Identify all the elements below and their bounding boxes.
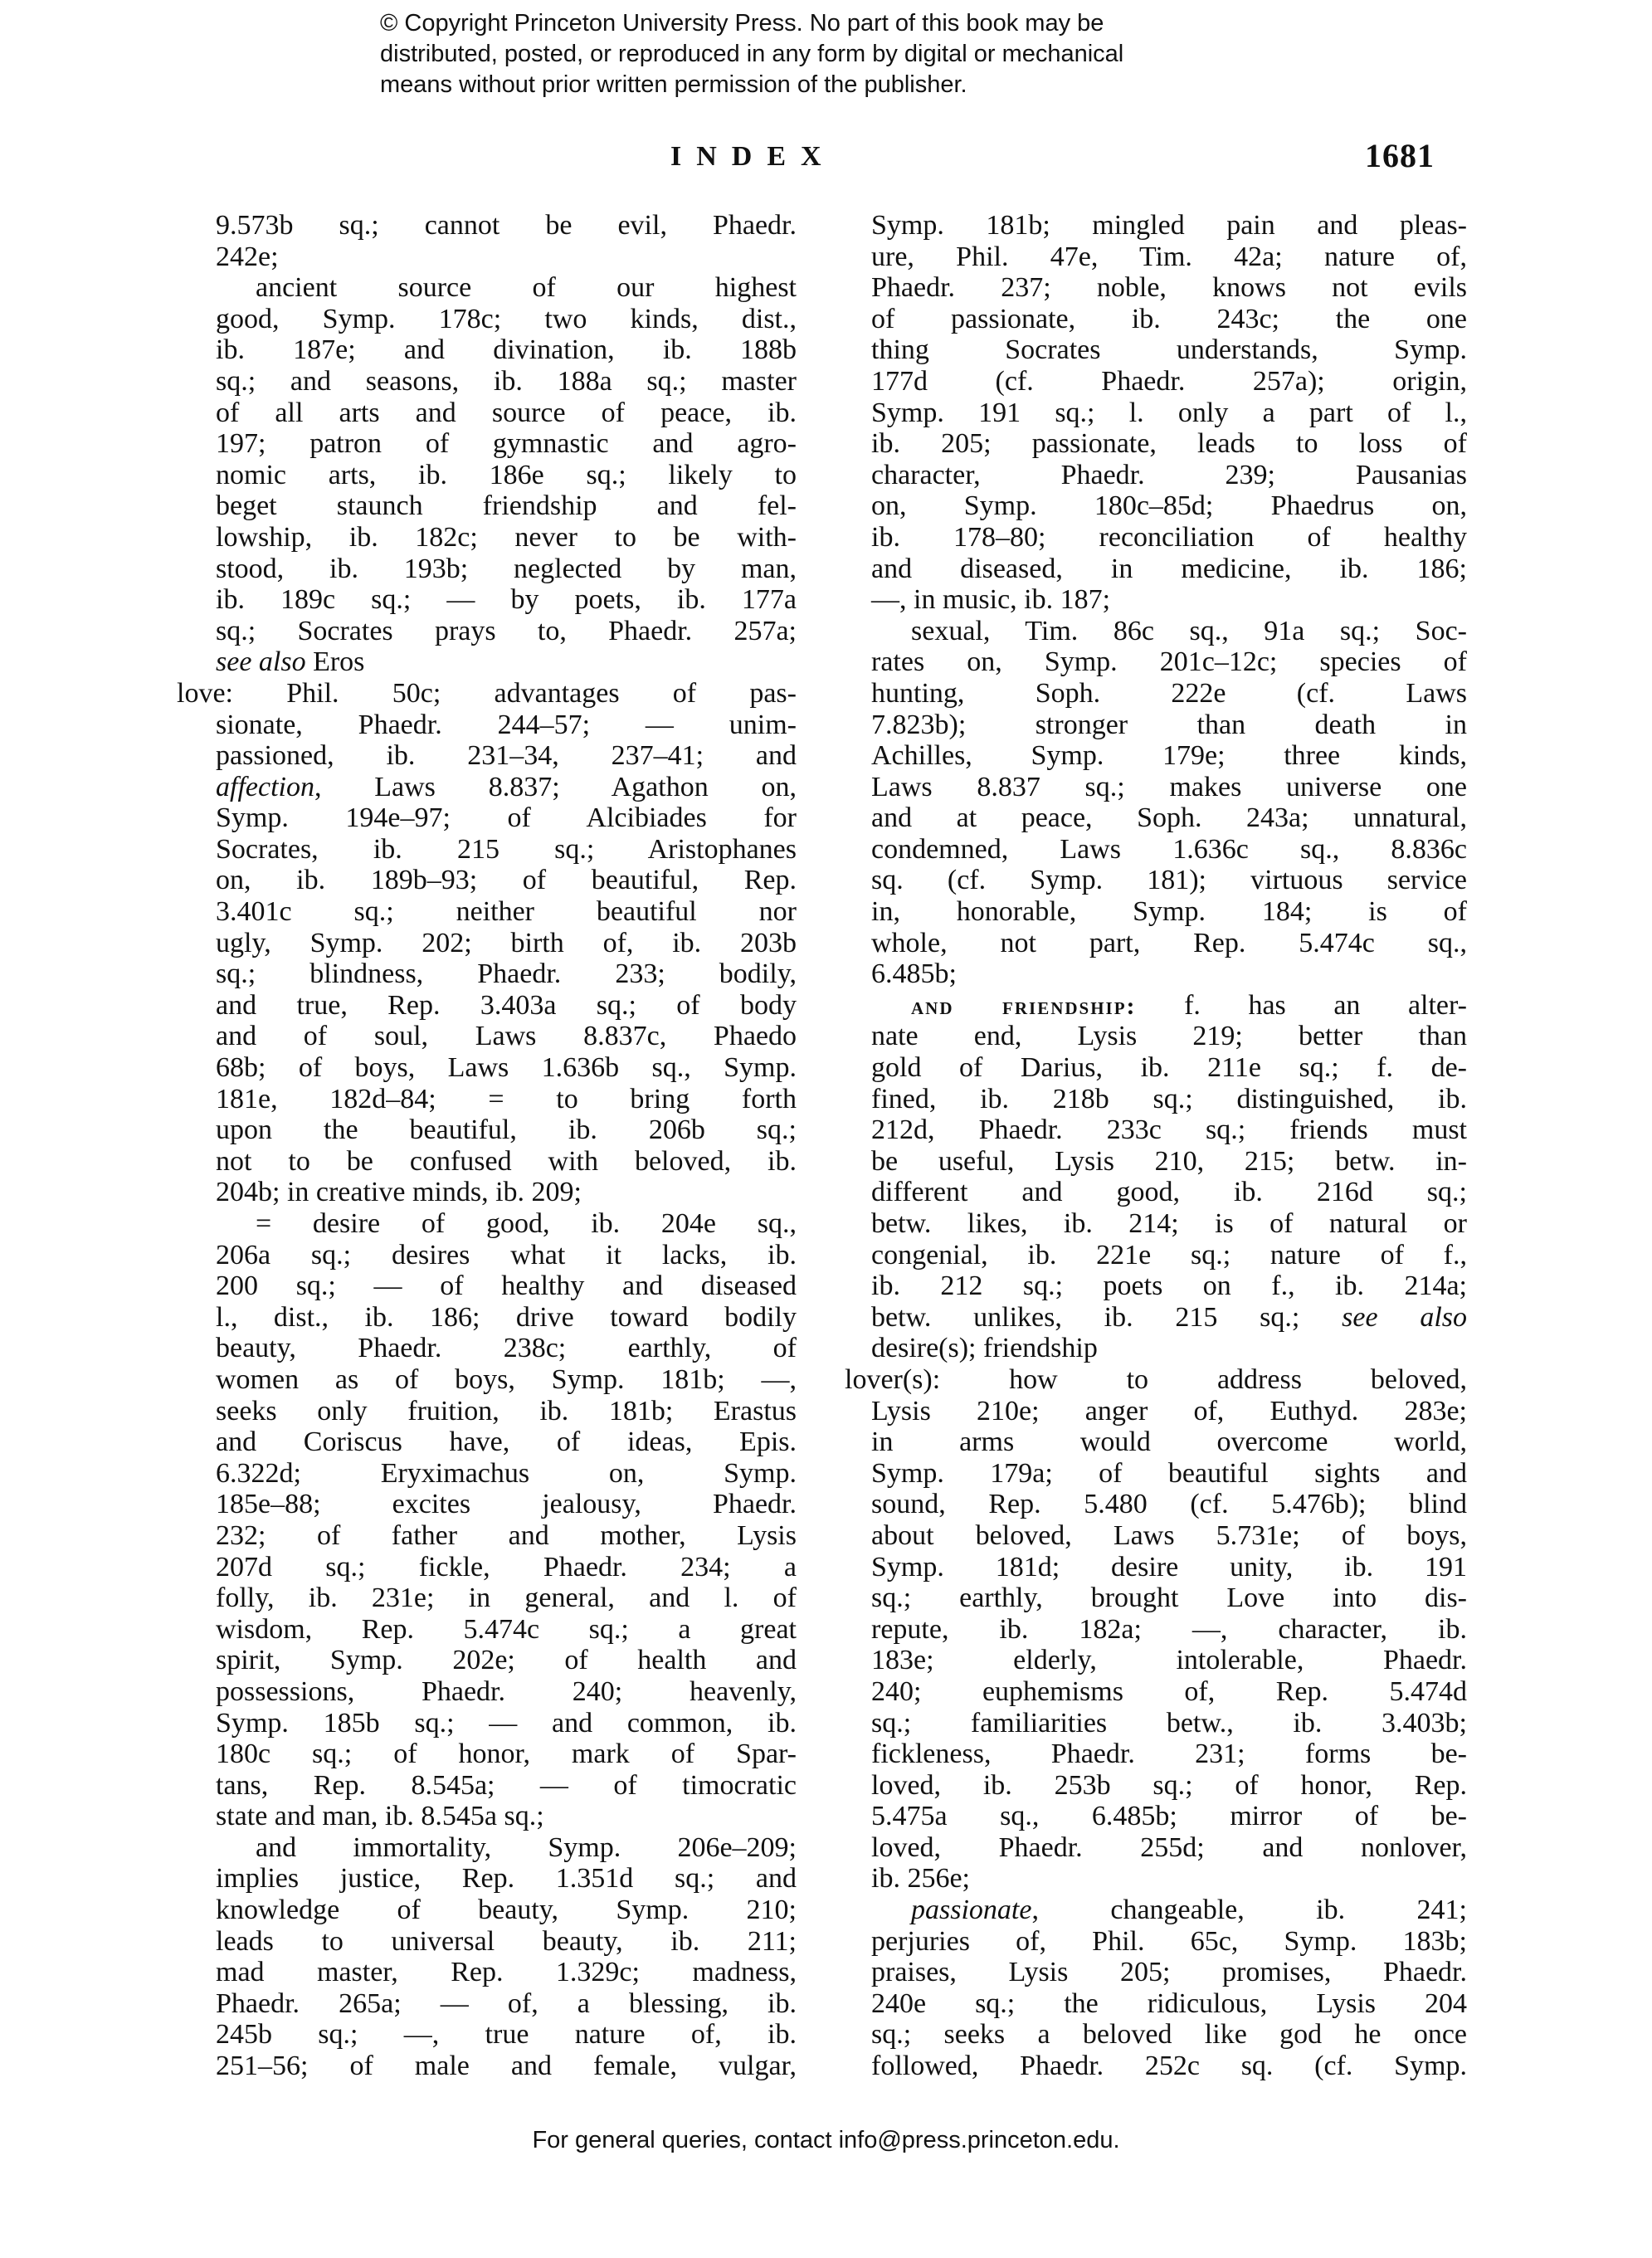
line-text: 242e; <box>216 241 279 272</box>
index-line: 232; of father and mother, Lysis <box>216 1520 797 1552</box>
line-text: praises, Lysis 205; promises, Phaedr. <box>871 1957 1467 1987</box>
line-text: 7.823b); stronger than death in <box>871 710 1467 740</box>
line-text: state and man, ib. 8.545a sq.; <box>216 1801 544 1831</box>
line-text: implies justice, Rep. 1.351d sq.; and <box>216 1863 797 1894</box>
line-text: whole, not part, Rep. 5.474c sq., <box>871 928 1467 958</box>
line-text: 240; euphemisms of, Rep. 5.474d <box>871 1676 1467 1707</box>
index-line: hunting, Soph. 222e (cf. Laws <box>871 678 1467 710</box>
line-text: ib. 187e; and divination, ib. 188b <box>216 334 797 365</box>
index-line: passionate, changeable, ib. 241; <box>871 1895 1467 1926</box>
line-text: wisdom, Rep. 5.474c sq.; a great <box>216 1614 797 1645</box>
line-text: 6.485b; <box>871 958 957 989</box>
line-text: nate end, Lysis 219; better than <box>871 1021 1467 1051</box>
line-text: sexual, Tim. 86c sq., 91a sq.; Soc- <box>911 616 1467 646</box>
index-line: desire(s); friendship <box>871 1333 1467 1364</box>
line-text: 181e, 182d–84; = to bring forth <box>216 1084 797 1114</box>
line-text: 212d, Phaedr. 233c sq.; friends must <box>871 1114 1467 1145</box>
index-line: whole, not part, Rep. 5.474c sq., <box>871 928 1467 959</box>
line-text: followed, Phaedr. 252c sq. (cf. Symp. <box>871 2051 1467 2081</box>
index-line: sionate, Phaedr. 244–57; — unim- <box>216 710 797 741</box>
line-text: fined, ib. 218b sq.; distinguished, ib. <box>871 1084 1467 1114</box>
line-text: spirit, Symp. 202e; of health and <box>216 1645 797 1675</box>
line-text: l., dist., ib. 186; drive toward bodily <box>216 1302 797 1333</box>
line-text: in, honorable, Symp. 184; is of <box>871 896 1467 927</box>
index-line: fined, ib. 218b sq.; distinguished, ib. <box>871 1084 1467 1115</box>
index-line: on, ib. 189b–93; of beautiful, Rep. <box>216 865 797 896</box>
italic-text: see also <box>216 646 306 677</box>
line-text: knowledge of beauty, Symp. 210; <box>216 1895 797 1925</box>
index-line: leads to universal beauty, ib. 211; <box>216 1926 797 1958</box>
line-text: and diseased, in medicine, ib. 186; <box>871 554 1467 584</box>
line-text: Phaedr. 265a; — of, a blessing, ib. <box>216 1988 797 2019</box>
running-head: INDEX 1681 <box>0 141 1652 183</box>
index-line: 251–56; of male and female, vulgar, <box>216 2051 797 2082</box>
index-line: ib. 178–80; reconciliation of healthy <box>871 522 1467 554</box>
line-text: hunting, Soph. 222e (cf. Laws <box>871 678 1467 709</box>
line-text: repute, ib. 182a; —, character, ib. <box>871 1614 1467 1645</box>
index-line: Symp. 181b; mingled pain and pleas- <box>871 210 1467 241</box>
line-text: Symp. 185b sq.; — and common, ib. <box>216 1708 797 1739</box>
line-text: Symp. 181d; desire unity, ib. 191 <box>871 1552 1467 1583</box>
index-line: possessions, Phaedr. 240; heavenly, <box>216 1676 797 1708</box>
line-text: lowship, ib. 182c; never to be with- <box>216 522 797 553</box>
index-line: lowship, ib. 182c; never to be with- <box>216 522 797 554</box>
headword: love: <box>177 678 233 709</box>
line-text: fickleness, Phaedr. 231; forms be- <box>871 1739 1467 1769</box>
line-text: beget staunch friendship and fel- <box>216 490 797 521</box>
line-text: ib. 212 sq.; poets on f., ib. 214a; <box>871 1270 1467 1301</box>
copyright-line: © Copyright Princeton University Press. … <box>380 8 1210 39</box>
index-line: l., dist., ib. 186; drive toward bodily <box>216 1302 797 1334</box>
index-line: Symp. 179a; of beautiful sights and <box>871 1458 1467 1490</box>
index-line: sq.; Socrates prays to, Phaedr. 257a; <box>216 616 797 647</box>
line-text: stood, ib. 193b; neglected by man, <box>216 554 797 584</box>
line-text: gold of Darius, ib. 211e sq.; f. de- <box>871 1052 1467 1083</box>
index-line: followed, Phaedr. 252c sq. (cf. Symp. <box>871 2051 1467 2082</box>
line-text: Laws 8.837 sq.; makes universe one <box>871 772 1467 802</box>
line-text: nomic arts, ib. 186e sq.; likely to <box>216 460 797 490</box>
index-line: condemned, Laws 1.636c sq., 8.836c <box>871 834 1467 866</box>
index-line: Phaedr. 237; noble, knows not evils <box>871 272 1467 304</box>
line-text: Symp. 179a; of beautiful sights and <box>871 1458 1467 1489</box>
line-text: sq. (cf. Symp. 181); virtuous service <box>871 865 1467 895</box>
line-text: tans, Rep. 8.545a; — of timocratic <box>216 1770 797 1801</box>
copyright-notice: © Copyright Princeton University Press. … <box>380 8 1210 100</box>
line-text: passioned, ib. 231–34, 237–41; and <box>216 740 797 771</box>
index-line: 181e, 182d–84; = to bring forth <box>216 1084 797 1115</box>
index-line: 207d sq.; fickle, Phaedr. 234; a <box>216 1552 797 1583</box>
line-text: sound, Rep. 5.480 (cf. 5.476b); blind <box>871 1489 1467 1519</box>
line-text: leads to universal beauty, ib. 211; <box>216 1926 797 1957</box>
headword: lover(s): <box>845 1364 940 1395</box>
line-text: perjuries of, Phil. 65c, Symp. 183b; <box>871 1926 1467 1957</box>
index-line: 3.401c sq.; neither beautiful nor <box>216 896 797 928</box>
line-text: Socrates, ib. 215 sq.; Aristophanes <box>216 834 797 865</box>
index-line: ugly, Symp. 202; birth of, ib. 203b <box>216 928 797 959</box>
line-text: on, ib. 189b–93; of beautiful, Rep. <box>216 865 797 895</box>
index-line: 6.485b; <box>871 958 1467 990</box>
index-line: on, Symp. 180c–85d; Phaedrus on, <box>871 490 1467 522</box>
line-text: betw. likes, ib. 214; is of natural or <box>871 1208 1467 1239</box>
index-line: praises, Lysis 205; promises, Phaedr. <box>871 1957 1467 1988</box>
line-text: folly, ib. 231e; in general, and l. of <box>216 1583 797 1613</box>
line-text: upon the beautiful, ib. 206b sq.; <box>216 1114 797 1145</box>
index-line: fickleness, Phaedr. 231; forms be- <box>871 1739 1467 1770</box>
italic-text: see also <box>1342 1302 1467 1333</box>
index-line: in, honorable, Symp. 184; is of <box>871 896 1467 928</box>
index-line: sound, Rep. 5.480 (cf. 5.476b); blind <box>871 1489 1467 1520</box>
index-line: upon the beautiful, ib. 206b sq.; <box>216 1114 797 1146</box>
line-text: ib. 178–80; reconciliation of healthy <box>871 522 1467 553</box>
index-line: Symp. 181d; desire unity, ib. 191 <box>871 1552 1467 1583</box>
page-number: 1681 <box>1365 136 1435 175</box>
index-line: wisdom, Rep. 5.474c sq.; a great <box>216 1614 797 1646</box>
index-line: loved, ib. 253b sq.; of honor, Rep. <box>871 1770 1467 1802</box>
line-text: 177d (cf. Phaedr. 257a); origin, <box>871 366 1467 397</box>
line-text: 3.401c sq.; neither beautiful nor <box>216 896 797 927</box>
line-text: 245b sq.; —, true nature of, ib. <box>216 2019 797 2050</box>
line-text: of passionate, ib. 243c; the one <box>871 304 1467 334</box>
index-line: Socrates, ib. 215 sq.; Aristophanes <box>216 834 797 866</box>
index-line: Laws 8.837 sq.; makes universe one <box>871 772 1467 803</box>
line-text: , Laws 8.837; Agathon on, <box>314 772 797 802</box>
index-line: 240; euphemisms of, Rep. 5.474d <box>871 1676 1467 1708</box>
line-text: Lysis 210e; anger of, Euthyd. 283e; <box>871 1396 1467 1426</box>
line-text: desire(s); friendship <box>871 1333 1098 1363</box>
index-line: state and man, ib. 8.545a sq.; <box>216 1801 797 1832</box>
index-line: —, in music, ib. 187; <box>871 584 1467 616</box>
index-line: Symp. 185b sq.; — and common, ib. <box>216 1708 797 1739</box>
line-text: ib. 189c sq.; — by poets, ib. 177a <box>216 584 797 615</box>
index-line: tans, Rep. 8.545a; — of timocratic <box>216 1770 797 1802</box>
index-line: betw. unlikes, ib. 215 sq.; see also <box>871 1302 1467 1334</box>
index-line: 5.475a sq., 6.485b; mirror of be- <box>871 1801 1467 1832</box>
index-line: spirit, Symp. 202e; of health and <box>216 1645 797 1676</box>
line-text: f. has an alter- <box>1137 990 1467 1021</box>
line-text: 251–56; of male and female, vulgar, <box>216 2051 797 2081</box>
line-text: 200 sq.; — of healthy and diseased <box>216 1270 797 1301</box>
index-line: women as of boys, Symp. 181b; —, <box>216 1364 797 1396</box>
index-line: affection, Laws 8.837; Agathon on, <box>216 772 797 803</box>
index-line: folly, ib. 231e; in general, and l. of <box>216 1583 797 1614</box>
index-line: rates on, Symp. 201c–12c; species of <box>871 646 1467 678</box>
line-text: on, Symp. 180c–85d; Phaedrus on, <box>871 490 1467 521</box>
line-text: 180c sq.; of honor, mark of Spar- <box>216 1739 797 1769</box>
index-line: and of soul, Laws 8.837c, Phaedo <box>216 1021 797 1052</box>
index-line: about beloved, Laws 5.731e; of boys, <box>871 1520 1467 1552</box>
index-line: Symp. 191 sq.; l. only a part of l., <box>871 397 1467 429</box>
index-line: stood, ib. 193b; neglected by man, <box>216 554 797 585</box>
line-text: loved, Phaedr. 255d; and nonlover, <box>871 1832 1467 1863</box>
index-line: nate end, Lysis 219; better than <box>871 1021 1467 1052</box>
index-line: gold of Darius, ib. 211e sq.; f. de- <box>871 1052 1467 1084</box>
index-line: 242e; <box>216 241 797 273</box>
index-line: and friendship: f. has an alter- <box>871 990 1467 1022</box>
line-text: Symp. 191 sq.; l. only a part of l., <box>871 397 1467 428</box>
index-line: beauty, Phaedr. 238c; earthly, of <box>216 1333 797 1364</box>
line-text: good, Symp. 178c; two kinds, dist., <box>216 304 797 334</box>
line-text: Symp. 181b; mingled pain and pleas- <box>871 210 1467 241</box>
index-line: seeks only fruition, ib. 181b; Erastus <box>216 1396 797 1427</box>
line-text: ib. 256e; <box>871 1863 970 1894</box>
copyright-line: means without prior written permission o… <box>380 70 1210 100</box>
index-line: of all arts and source of peace, ib. <box>216 397 797 429</box>
index-line: 177d (cf. Phaedr. 257a); origin, <box>871 366 1467 397</box>
line-text: in arms would overcome world, <box>871 1426 1467 1457</box>
index-entry-head: lover(s): how to address beloved, <box>845 1364 1467 1396</box>
index-line: Phaedr. 265a; — of, a blessing, ib. <box>216 1988 797 2020</box>
line-text: rates on, Symp. 201c–12c; species of <box>871 646 1467 677</box>
line-text: sq.; earthly, brought Love into dis- <box>871 1583 1467 1613</box>
line-text: sq.; familiarities betw., ib. 3.403b; <box>871 1708 1467 1739</box>
line-text: 183e; elderly, intolerable, Phaedr. <box>871 1645 1467 1675</box>
index-line: Symp. 194e–97; of Alcibiades for <box>216 802 797 834</box>
line-text: Achilles, Symp. 179e; three kinds, <box>871 740 1467 771</box>
line-text: 5.475a sq., 6.485b; mirror of be- <box>871 1801 1467 1831</box>
index-line: 204b; in creative minds, ib. 209; <box>216 1177 797 1208</box>
line-text: and of soul, Laws 8.837c, Phaedo <box>216 1021 797 1051</box>
index-line: 240e sq.; the ridiculous, Lysis 204 <box>871 1988 1467 2020</box>
index-line: ib. 189c sq.; — by poets, ib. 177a <box>216 584 797 616</box>
index-line: sq.; blindness, Phaedr. 233; bodily, <box>216 958 797 990</box>
index-line: of passionate, ib. 243c; the one <box>871 304 1467 335</box>
index-line: 180c sq.; of honor, mark of Spar- <box>216 1739 797 1770</box>
index-line: ib. 205; passionate, leads to loss of <box>871 428 1467 460</box>
index-line: and at peace, Soph. 243a; unnatural, <box>871 802 1467 834</box>
index-line: 212d, Phaedr. 233c sq.; friends must <box>871 1114 1467 1146</box>
line-text: = desire of good, ib. 204e sq., <box>256 1208 797 1239</box>
index-line: and immortality, Symp. 206e–209; <box>216 1832 797 1864</box>
index-line: sexual, Tim. 86c sq., 91a sq.; Soc- <box>871 616 1467 647</box>
line-text: 207d sq.; fickle, Phaedr. 234; a <box>216 1552 797 1583</box>
running-title: INDEX <box>670 141 836 173</box>
line-text: women as of boys, Symp. 181b; —, <box>216 1364 797 1395</box>
line-text: 204b; in creative minds, ib. 209; <box>216 1177 582 1207</box>
line-text: character, Phaedr. 239; Pausanias <box>871 460 1467 490</box>
line-text: , changeable, ib. 241; <box>1031 1895 1467 1925</box>
line-text: Phil. 50c; advantages of pas- <box>233 678 797 709</box>
index-line: thing Socrates understands, Symp. <box>871 334 1467 366</box>
index-line: sq. (cf. Symp. 181); virtuous service <box>871 865 1467 896</box>
line-text: about beloved, Laws 5.731e; of boys, <box>871 1520 1467 1551</box>
line-text: 232; of father and mother, Lysis <box>216 1520 797 1551</box>
line-text: of all arts and source of peace, ib. <box>216 397 797 428</box>
index-line: implies justice, Rep. 1.351d sq.; and <box>216 1863 797 1895</box>
line-text: mad master, Rep. 1.329c; madness, <box>216 1957 797 1987</box>
index-line: passioned, ib. 231–34, 237–41; and <box>216 740 797 772</box>
index-line: not to be confused with beloved, ib. <box>216 1146 797 1178</box>
footer-contact: For general queries, contact info@press.… <box>0 2127 1652 2154</box>
index-column-left: 9.573b sq.; cannot be evil, Phaedr.242e;… <box>216 210 797 2082</box>
line-text: ancient source of our highest <box>256 272 797 303</box>
index-line: Achilles, Symp. 179e; three kinds, <box>871 740 1467 772</box>
index-line: perjuries of, Phil. 65c, Symp. 183b; <box>871 1926 1467 1958</box>
index-line: beget staunch friendship and fel- <box>216 490 797 522</box>
line-text: beauty, Phaedr. 238c; earthly, of <box>216 1333 797 1363</box>
index-line: repute, ib. 182a; —, character, ib. <box>871 1614 1467 1646</box>
line-text: sq.; seeks a beloved like god he once <box>871 2019 1467 2050</box>
index-line: character, Phaedr. 239; Pausanias <box>871 460 1467 491</box>
italic-text: affection <box>216 772 314 802</box>
line-text: Symp. 194e–97; of Alcibiades for <box>216 802 797 833</box>
subheading: and friendship: <box>911 992 1137 1020</box>
line-text: and at peace, Soph. 243a; unnatural, <box>871 802 1467 833</box>
index-line: congenial, ib. 221e sq.; nature of f., <box>871 1240 1467 1271</box>
line-text: how to address beloved, <box>940 1364 1467 1395</box>
line-text: 197; patron of gymnastic and agro- <box>216 428 797 459</box>
index-line: and diseased, in medicine, ib. 186; <box>871 554 1467 585</box>
index-line: and true, Rep. 3.403a sq.; of body <box>216 990 797 1022</box>
index-line: sq.; and seasons, ib. 188a sq.; master <box>216 366 797 397</box>
index-line: sq.; seeks a beloved like god he once <box>871 2019 1467 2051</box>
line-text: 185e–88; excites jealousy, Phaedr. <box>216 1489 797 1519</box>
line-text: 206a sq.; desires what it lacks, ib. <box>216 1240 797 1270</box>
index-line: different and good, ib. 216d sq.; <box>871 1177 1467 1208</box>
line-text: sq.; and seasons, ib. 188a sq.; master <box>216 366 797 397</box>
line-text: Phaedr. 237; noble, knows not evils <box>871 272 1467 303</box>
index-line: 6.322d; Eryximachus on, Symp. <box>216 1458 797 1490</box>
line-text: condemned, Laws 1.636c sq., 8.836c <box>871 834 1467 865</box>
line-text: ib. 205; passionate, leads to loss of <box>871 428 1467 459</box>
line-text: thing Socrates understands, Symp. <box>871 334 1467 365</box>
line-text: sq.; blindness, Phaedr. 233; bodily, <box>216 958 797 989</box>
index-line: 9.573b sq.; cannot be evil, Phaedr. <box>216 210 797 241</box>
index-line: 185e–88; excites jealousy, Phaedr. <box>216 1489 797 1520</box>
index-line: ure, Phil. 47e, Tim. 42a; nature of, <box>871 241 1467 273</box>
line-text: betw. unlikes, ib. 215 sq.; <box>871 1302 1342 1333</box>
index-line: = desire of good, ib. 204e sq., <box>216 1208 797 1240</box>
line-text: congenial, ib. 221e sq.; nature of f., <box>871 1240 1467 1270</box>
line-text: sq.; Socrates prays to, Phaedr. 257a; <box>216 616 797 646</box>
index-line: ancient source of our highest <box>216 272 797 304</box>
line-text: 240e sq.; the ridiculous, Lysis 204 <box>871 1988 1467 2019</box>
index-entry-head: love: Phil. 50c; advantages of pas- <box>177 678 797 710</box>
index-line: 68b; of boys, Laws 1.636b sq., Symp. <box>216 1052 797 1084</box>
index-line: 197; patron of gymnastic and agro- <box>216 428 797 460</box>
copyright-line: distributed, posted, or reproduced in an… <box>380 39 1210 70</box>
line-text: not to be confused with beloved, ib. <box>216 1146 797 1177</box>
index-column-right: Symp. 181b; mingled pain and pleas-ure, … <box>871 210 1467 2082</box>
line-text: 68b; of boys, Laws 1.636b sq., Symp. <box>216 1052 797 1083</box>
index-line: sq.; earthly, brought Love into dis- <box>871 1583 1467 1614</box>
index-line: sq.; familiarities betw., ib. 3.403b; <box>871 1708 1467 1739</box>
index-line: betw. likes, ib. 214; is of natural or <box>871 1208 1467 1240</box>
index-line: Lysis 210e; anger of, Euthyd. 283e; <box>871 1396 1467 1427</box>
index-line: knowledge of beauty, Symp. 210; <box>216 1895 797 1926</box>
line-text: possessions, Phaedr. 240; heavenly, <box>216 1676 797 1707</box>
line-text: different and good, ib. 216d sq.; <box>871 1177 1467 1207</box>
line-text: —, in music, ib. 187; <box>871 584 1110 615</box>
line-text: ugly, Symp. 202; birth of, ib. 203b <box>216 928 797 958</box>
index-line: mad master, Rep. 1.329c; madness, <box>216 1957 797 1988</box>
index-line: ib. 256e; <box>871 1863 1467 1895</box>
line-text: loved, ib. 253b sq.; of honor, Rep. <box>871 1770 1467 1801</box>
index-line: loved, Phaedr. 255d; and nonlover, <box>871 1832 1467 1864</box>
index-line: ib. 212 sq.; poets on f., ib. 214a; <box>871 1270 1467 1302</box>
index-line: see also Eros <box>216 646 797 678</box>
index-line: 206a sq.; desires what it lacks, ib. <box>216 1240 797 1271</box>
index-line: ib. 187e; and divination, ib. 188b <box>216 334 797 366</box>
index-line: 245b sq.; —, true nature of, ib. <box>216 2019 797 2051</box>
italic-text: passionate <box>911 1895 1031 1925</box>
index-line: 7.823b); stronger than death in <box>871 710 1467 741</box>
index-line: in arms would overcome world, <box>871 1426 1467 1458</box>
index-line: 200 sq.; — of healthy and diseased <box>216 1270 797 1302</box>
line-text: and Coriscus have, of ideas, Epis. <box>216 1426 797 1457</box>
index-line: nomic arts, ib. 186e sq.; likely to <box>216 460 797 491</box>
line-text: 9.573b sq.; cannot be evil, Phaedr. <box>216 210 797 241</box>
line-text: and true, Rep. 3.403a sq.; of body <box>216 990 797 1021</box>
line-text: 6.322d; Eryximachus on, Symp. <box>216 1458 797 1489</box>
line-text: ure, Phil. 47e, Tim. 42a; nature of, <box>871 241 1467 272</box>
line-text: Eros <box>306 646 365 677</box>
line-text: and immortality, Symp. 206e–209; <box>256 1832 797 1863</box>
index-line: be useful, Lysis 210, 215; betw. in- <box>871 1146 1467 1178</box>
index-line: and Coriscus have, of ideas, Epis. <box>216 1426 797 1458</box>
index-line: good, Symp. 178c; two kinds, dist., <box>216 304 797 335</box>
line-text: be useful, Lysis 210, 215; betw. in- <box>871 1146 1467 1177</box>
index-line: 183e; elderly, intolerable, Phaedr. <box>871 1645 1467 1676</box>
line-text: sionate, Phaedr. 244–57; — unim- <box>216 710 797 740</box>
line-text: seeks only fruition, ib. 181b; Erastus <box>216 1396 797 1426</box>
